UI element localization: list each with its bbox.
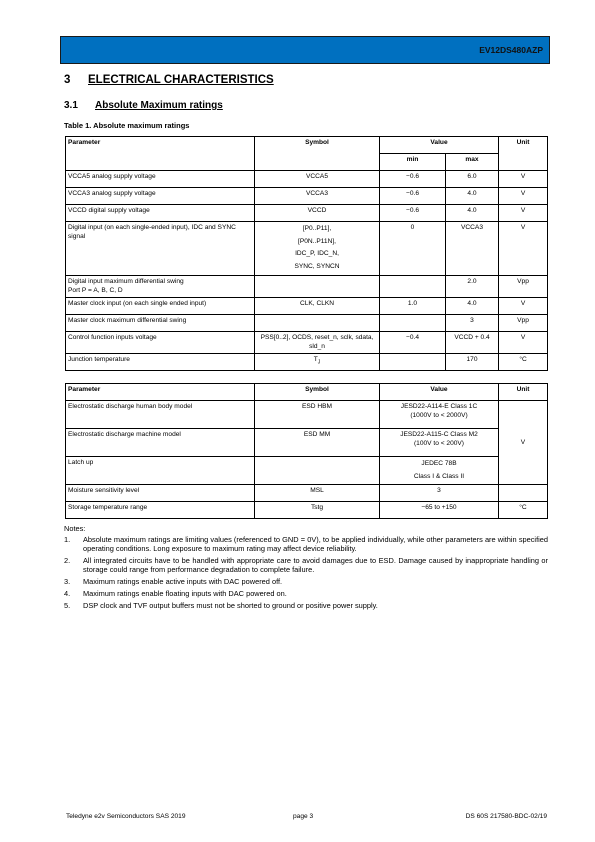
table-caption: Table 1. Absolute maximum ratings bbox=[64, 121, 189, 130]
cell-unit: V bbox=[499, 222, 548, 276]
note-item: 2.All integrated circuits have to be han… bbox=[64, 556, 548, 574]
cell-parameter: VCCD digital supply voltage bbox=[66, 205, 255, 222]
cell-parameter: Moisture sensitivity level bbox=[66, 485, 255, 502]
table-row: Latch up JEDEC 78B Class I & Class II bbox=[66, 457, 548, 485]
cell-max: 4.0 bbox=[446, 188, 499, 205]
cell-max: 170 bbox=[446, 354, 499, 371]
parameter-line: Digital input maximum differential swing bbox=[68, 278, 184, 285]
section-title: ELECTRICAL CHARACTERISTICS bbox=[88, 74, 274, 86]
subsection-heading: 3.1Absolute Maximum ratings bbox=[64, 100, 223, 111]
cell-unit: V bbox=[499, 205, 548, 222]
table-row: VCCD digital supply voltage VCCD −0.6 4.… bbox=[66, 205, 548, 222]
cell-min bbox=[380, 276, 446, 298]
subsection-number: 3.1 bbox=[64, 100, 95, 111]
cell-value: JESD22-A115-C Class M2 (100V to < 200V) bbox=[380, 429, 499, 457]
note-text: Absolute maximum ratings are limiting va… bbox=[83, 535, 548, 553]
cell-unit: V bbox=[499, 332, 548, 354]
cell-symbol: PSS[0..2], OCDS, reset_n, sclk, sdata, s… bbox=[255, 332, 380, 354]
cell-symbol: ESD HBM bbox=[255, 401, 380, 429]
cell-unit: °C bbox=[499, 354, 548, 371]
symbol-line: SYNC, SYNCN bbox=[257, 261, 377, 274]
note-item: 5.DSP clock and TVF output buffers must … bbox=[64, 601, 548, 610]
value-line: JESD22-A115-C Class M2 bbox=[400, 431, 478, 438]
cell-symbol: TJ bbox=[255, 354, 380, 371]
cell-parameter: Junction temperature bbox=[66, 354, 255, 371]
section-number: 3 bbox=[64, 74, 88, 86]
table-row: Electrostatic discharge human body model… bbox=[66, 401, 548, 429]
cell-min: −0.4 bbox=[380, 332, 446, 354]
cell-min: 0 bbox=[380, 222, 446, 276]
cell-unit-merged: V bbox=[499, 401, 548, 485]
notes-title: Notes: bbox=[64, 524, 548, 533]
note-text: Maximum ratings enable active inputs wit… bbox=[83, 577, 282, 586]
cell-symbol: ESD MM bbox=[255, 429, 380, 457]
cell-symbol bbox=[255, 457, 380, 485]
cell-symbol: CLK, CLKN bbox=[255, 298, 380, 315]
document-id: EV12DS480AZP bbox=[479, 45, 543, 55]
cell-unit: V bbox=[499, 188, 548, 205]
value-line: (1000V to < 2000V) bbox=[410, 412, 467, 419]
header-unit: Unit bbox=[499, 384, 548, 401]
symbol-line: IDC_P, IDC_N, bbox=[257, 248, 377, 261]
cell-parameter: Digital input (on each single-ended inpu… bbox=[66, 222, 255, 276]
cell-value: JEDEC 78B Class I & Class II bbox=[380, 457, 499, 485]
cell-max: 6.0 bbox=[446, 171, 499, 188]
cell-parameter: Latch up bbox=[66, 457, 255, 485]
table-row: Digital input (on each single-ended inpu… bbox=[66, 222, 548, 276]
cell-unit: Vpp bbox=[499, 315, 548, 332]
table-row: Master clock maximum differential swing … bbox=[66, 315, 548, 332]
cell-unit: V bbox=[499, 298, 548, 315]
note-number: 1. bbox=[64, 535, 70, 544]
value-line: JEDEC 78B bbox=[382, 458, 496, 471]
cell-unit: °C bbox=[499, 502, 548, 519]
table-row: Junction temperature TJ 170 °C bbox=[66, 354, 548, 371]
cell-max: 4.0 bbox=[446, 298, 499, 315]
cell-max: 4.0 bbox=[446, 205, 499, 222]
header-symbol: Symbol bbox=[255, 137, 380, 171]
cell-symbol: MSL bbox=[255, 485, 380, 502]
symbol-line: [P0N..P11N], bbox=[257, 236, 377, 249]
header-bar: EV12DS480AZP bbox=[60, 36, 550, 64]
cell-value: 3 bbox=[380, 485, 499, 502]
cell-parameter: Master clock maximum differential swing bbox=[66, 315, 255, 332]
note-number: 3. bbox=[64, 577, 70, 586]
header-parameter: Parameter bbox=[66, 137, 255, 171]
table-row: Moisture sensitivity level MSL 3 bbox=[66, 485, 548, 502]
absolute-max-ratings-table: Parameter Symbol Value Unit min max VCCA… bbox=[65, 136, 548, 371]
parameter-line: Port P = A, B, C, D bbox=[68, 287, 123, 294]
note-item: 1.Absolute maximum ratings are limiting … bbox=[64, 535, 548, 553]
header-symbol: Symbol bbox=[255, 384, 380, 401]
cell-parameter: Storage temperature range bbox=[66, 502, 255, 519]
header-max: max bbox=[446, 154, 499, 171]
header-parameter: Parameter bbox=[66, 384, 255, 401]
cell-max: VCCD + 0.4 bbox=[446, 332, 499, 354]
section-heading: 3ELECTRICAL CHARACTERISTICS bbox=[64, 74, 274, 86]
note-text: All integrated circuits have to be handl… bbox=[83, 556, 548, 574]
cell-parameter: Master clock input (on each single ended… bbox=[66, 298, 255, 315]
cell-max: 3 bbox=[446, 315, 499, 332]
cell-value: JESD22-A114-E Class 1C (1000V to < 2000V… bbox=[380, 401, 499, 429]
table-row: Digital input maximum differential swing… bbox=[66, 276, 548, 298]
cell-min: 1.0 bbox=[380, 298, 446, 315]
table-row: Master clock input (on each single ended… bbox=[66, 298, 548, 315]
cell-symbol bbox=[255, 276, 380, 298]
table-row: Electrostatic discharge machine model ES… bbox=[66, 429, 548, 457]
cell-min: −0.6 bbox=[380, 205, 446, 222]
note-number: 2. bbox=[64, 556, 70, 565]
note-text: DSP clock and TVF output buffers must no… bbox=[83, 601, 378, 610]
table-row: VCCA3 analog supply voltage VCCA3 −0.6 4… bbox=[66, 188, 548, 205]
cell-symbol: VCCD bbox=[255, 205, 380, 222]
table-row: Control function inputs voltage PSS[0..2… bbox=[66, 332, 548, 354]
footer-page-number: page 3 bbox=[293, 813, 313, 820]
note-text: Maximum ratings enable floating inputs w… bbox=[83, 589, 287, 598]
table-row: VCCA5 analog supply voltage VCCA5 −0.6 6… bbox=[66, 171, 548, 188]
header-value: Value bbox=[380, 137, 499, 154]
cell-parameter: VCCA3 analog supply voltage bbox=[66, 188, 255, 205]
cell-unit: Vpp bbox=[499, 276, 548, 298]
subsection-title: Absolute Maximum ratings bbox=[95, 100, 223, 111]
cell-min: −0.6 bbox=[380, 188, 446, 205]
value-line: JESD22-A114-E Class 1C bbox=[401, 403, 477, 410]
esd-ratings-table: Parameter Symbol Value Unit Electrostati… bbox=[65, 383, 548, 519]
cell-parameter: VCCA5 analog supply voltage bbox=[66, 171, 255, 188]
cell-unit: V bbox=[499, 171, 548, 188]
note-item: 4.Maximum ratings enable floating inputs… bbox=[64, 589, 548, 598]
cell-value: −65 to +150 bbox=[380, 502, 499, 519]
cell-min: −0.6 bbox=[380, 171, 446, 188]
footer-doc-ref: DS 60S 217580-BDC-02/19 bbox=[466, 813, 547, 820]
note-number: 4. bbox=[64, 589, 70, 598]
cell-min bbox=[380, 315, 446, 332]
value-line: Class I & Class II bbox=[382, 471, 496, 484]
cell-parameter: Electrostatic discharge machine model bbox=[66, 429, 255, 457]
table-row: Storage temperature range Tstg −65 to +1… bbox=[66, 502, 548, 519]
cell-symbol: VCCA5 bbox=[255, 171, 380, 188]
note-item: 3.Maximum ratings enable active inputs w… bbox=[64, 577, 548, 586]
notes-list: 1.Absolute maximum ratings are limiting … bbox=[64, 535, 548, 610]
cell-max: 2.0 bbox=[446, 276, 499, 298]
cell-symbol bbox=[255, 315, 380, 332]
footer-company: Teledyne e2v Semiconductors SAS 2019 bbox=[66, 813, 186, 820]
cell-unit bbox=[499, 485, 548, 502]
symbol-subscript: J bbox=[318, 359, 321, 365]
cell-symbol: [P0..P11], [P0N..P11N], IDC_P, IDC_N, SY… bbox=[255, 222, 380, 276]
header-value: Value bbox=[380, 384, 499, 401]
cell-min bbox=[380, 354, 446, 371]
header-unit: Unit bbox=[499, 137, 548, 171]
symbol-line: [P0..P11], bbox=[257, 223, 377, 236]
cell-parameter: Control function inputs voltage bbox=[66, 332, 255, 354]
cell-parameter: Electrostatic discharge human body model bbox=[66, 401, 255, 429]
note-number: 5. bbox=[64, 601, 70, 610]
value-line: (100V to < 200V) bbox=[414, 440, 464, 447]
cell-max: VCCA3 bbox=[446, 222, 499, 276]
cell-symbol: Tstg bbox=[255, 502, 380, 519]
cell-parameter: Digital input maximum differential swing… bbox=[66, 276, 255, 298]
notes-section: Notes: 1.Absolute maximum ratings are li… bbox=[64, 524, 548, 613]
cell-symbol: VCCA3 bbox=[255, 188, 380, 205]
header-min: min bbox=[380, 154, 446, 171]
